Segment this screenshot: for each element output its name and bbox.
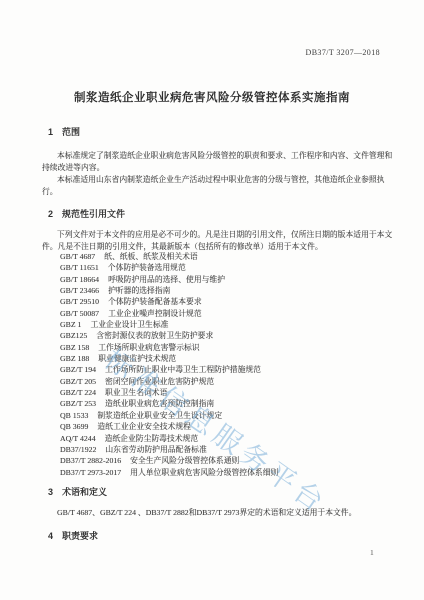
reference-title: 密闭空间作业职业危害防护规范: [105, 377, 214, 386]
reference-title: 造纸企业防尘防毒技术规范: [105, 434, 199, 443]
section-label: 术语和定义: [62, 487, 107, 497]
reference-code: DB37/1922: [60, 444, 96, 455]
reference-title: 工业企业设计卫生标准: [90, 320, 168, 329]
reference-code: GB/T 50087: [60, 308, 99, 319]
page-number: 1: [370, 548, 374, 557]
reference-title: 制浆造纸企业职业安全卫生设计规定: [97, 411, 222, 420]
doc-number: DB37/T 3207—2018: [306, 48, 380, 57]
reference-code: GBZ125: [60, 330, 87, 341]
reference-title: 个体防护装备配备基本要求: [108, 297, 202, 306]
scope-paragraph-2: 本标准适用山东省内制浆造纸企业生产活动过程中职业危害的分级与管控，其他造纸企业参…: [42, 174, 382, 199]
reference-title: 职业健康监护技术规范: [98, 354, 176, 363]
section-4-heading: 4职责要求: [48, 529, 98, 542]
reference-title: 工作场所职业病危害警示标识: [98, 343, 199, 352]
reference-list: GB/T 4687纸、纸板、纸浆及相关术语 GB/T 11651个体防护装备选用…: [60, 251, 278, 478]
reference-item: GB/T 18664呼吸防护用品的选择、使用与维护: [60, 274, 278, 285]
reference-code: GBZ/T 224: [60, 387, 96, 398]
reference-item: GBZ/T 205密闭空间作业职业危害防护规范: [60, 376, 278, 387]
section-number: 2: [48, 209, 53, 219]
reference-code: DB37/T 2882-2016: [60, 455, 121, 466]
reference-title: 造纸工业企业安全技术规程: [97, 422, 191, 431]
reference-title: 工作场所防止职业中毒卫生工程防护措施规范: [105, 365, 261, 374]
section-number: 4: [48, 531, 53, 541]
reference-code: QB 3699: [60, 421, 88, 432]
reference-code: GBZ 158: [60, 342, 89, 353]
reference-item: QB 3699造纸工业企业安全技术规程: [60, 421, 278, 432]
document-title: 制浆造纸企业职业病危害风险分级管控体系实施指南: [0, 89, 424, 105]
reference-item: GBZ 1工业企业设计卫生标准: [60, 319, 278, 330]
reference-title: 安全生产风险分级管控体系通则: [130, 456, 239, 465]
reference-title: 用人单位职业病危害风险分级管控体系细则: [130, 468, 278, 477]
paragraph-line: 持续改进等内容。: [42, 162, 382, 174]
reference-item: GB/T 4687纸、纸板、纸浆及相关术语: [60, 251, 278, 262]
reference-code: GB/T 29510: [60, 296, 99, 307]
scope-paragraph-1: 本标准规定了制浆造纸企业职业病危害风险分级管控的职责和要求、工作程序和内容、文件…: [42, 150, 382, 175]
section-number: 1: [48, 127, 53, 137]
reference-title: 纸、纸板、纸浆及相关术语: [104, 252, 198, 261]
reference-code: GB/T 23466: [60, 285, 99, 296]
paragraph-line: 本标准适用山东省内制浆造纸企业生产活动过程中职业危害的分级与管控，其他造纸企业参…: [42, 174, 382, 186]
reference-item: QB 1533制浆造纸企业职业安全卫生设计规定: [60, 410, 278, 421]
reference-code: GB/T 18664: [60, 274, 99, 285]
reference-code: GBZ/T 205: [60, 376, 96, 387]
paragraph-line: 下列文件对于本文件的应用是必不可少的。凡是注日期的引用文件，仅所注日期的版本适用…: [42, 229, 382, 241]
reference-code: GBZ/T 253: [60, 398, 96, 409]
reference-code: DB37/T 2973-2017: [60, 467, 121, 478]
reference-title: 山东省劳动防护用品配备标准: [105, 445, 206, 454]
reference-item: DB37/T 2973-2017用人单位职业病危害风险分级管控体系细则: [60, 467, 278, 478]
reference-code: GBZ/T 194: [60, 364, 96, 375]
reference-code: QB 1533: [60, 410, 88, 421]
reference-title: 个体防护装备选用规范: [108, 263, 186, 272]
standard-document-page: DB37/T 3207—2018 制浆造纸企业职业病危害风险分级管控体系实施指南…: [0, 0, 424, 600]
reference-code: AQ/T 4244: [60, 433, 96, 444]
reference-item: GB/T 50087工业企业噪声控制设计规范: [60, 308, 278, 319]
reference-title: 造纸业职业病危害预防控制指南: [105, 399, 214, 408]
reference-item: GBZ 188职业健康监护技术规范: [60, 353, 278, 364]
reference-item: AQ/T 4244造纸企业防尘防毒技术规范: [60, 433, 278, 444]
section-label: 范围: [62, 127, 80, 137]
reference-item: GB/T 11651个体防护装备选用规范: [60, 262, 278, 273]
reference-item: GB/T 29510个体防护装备配备基本要求: [60, 296, 278, 307]
reference-code: GB/T 4687: [60, 251, 95, 262]
paragraph-line: 本标准规定了制浆造纸企业职业病危害风险分级管控的职责和要求、工作程序和内容、文件…: [42, 150, 382, 162]
terms-paragraph: GB/T 4687、GBZ/T 224 、DB37/T 2882和DB37/T …: [42, 507, 382, 519]
reference-item: DB37/T 2882-2016安全生产风险分级管控体系通则: [60, 455, 278, 466]
reference-item: GBZ125含密封源仪表的放射卫生防护要求: [60, 330, 278, 341]
references-intro-paragraph: 下列文件对于本文件的应用是必不可少的。凡是注日期的引用文件，仅所注日期的版本适用…: [42, 229, 382, 254]
reference-title: 职业卫生名词术语: [105, 388, 167, 397]
section-number: 3: [48, 487, 53, 497]
reference-title: 护听器的选择指南: [108, 286, 170, 295]
reference-item: GBZ/T 224职业卫生名词术语: [60, 387, 278, 398]
reference-code: GB/T 11651: [60, 262, 99, 273]
section-label: 职责要求: [62, 531, 98, 541]
reference-title: 工业企业噪声控制设计规范: [108, 309, 202, 318]
reference-item: DB37/1922山东省劳动防护用品配备标准: [60, 444, 278, 455]
reference-item: GBZ/T 194工作场所防止职业中毒卫生工程防护措施规范: [60, 364, 278, 375]
section-2-heading: 2规范性引用文件: [48, 207, 125, 220]
reference-title: 呼吸防护用品的选择、使用与维护: [108, 275, 225, 284]
reference-title: 含密封源仪表的放射卫生防护要求: [96, 331, 213, 340]
section-3-heading: 3术语和定义: [48, 485, 107, 498]
section-label: 规范性引用文件: [62, 209, 125, 219]
reference-item: GBZ/T 253造纸业职业病危害预防控制指南: [60, 398, 278, 409]
reference-item: GB/T 23466护听器的选择指南: [60, 285, 278, 296]
paragraph-line: GB/T 4687、GBZ/T 224 、DB37/T 2882和DB37/T …: [42, 507, 382, 519]
paragraph-line: 行。: [42, 186, 382, 198]
reference-item: GBZ 158工作场所职业病危害警示标识: [60, 342, 278, 353]
reference-code: GBZ 1: [60, 319, 81, 330]
reference-code: GBZ 188: [60, 353, 89, 364]
section-1-heading: 1范围: [48, 125, 80, 138]
